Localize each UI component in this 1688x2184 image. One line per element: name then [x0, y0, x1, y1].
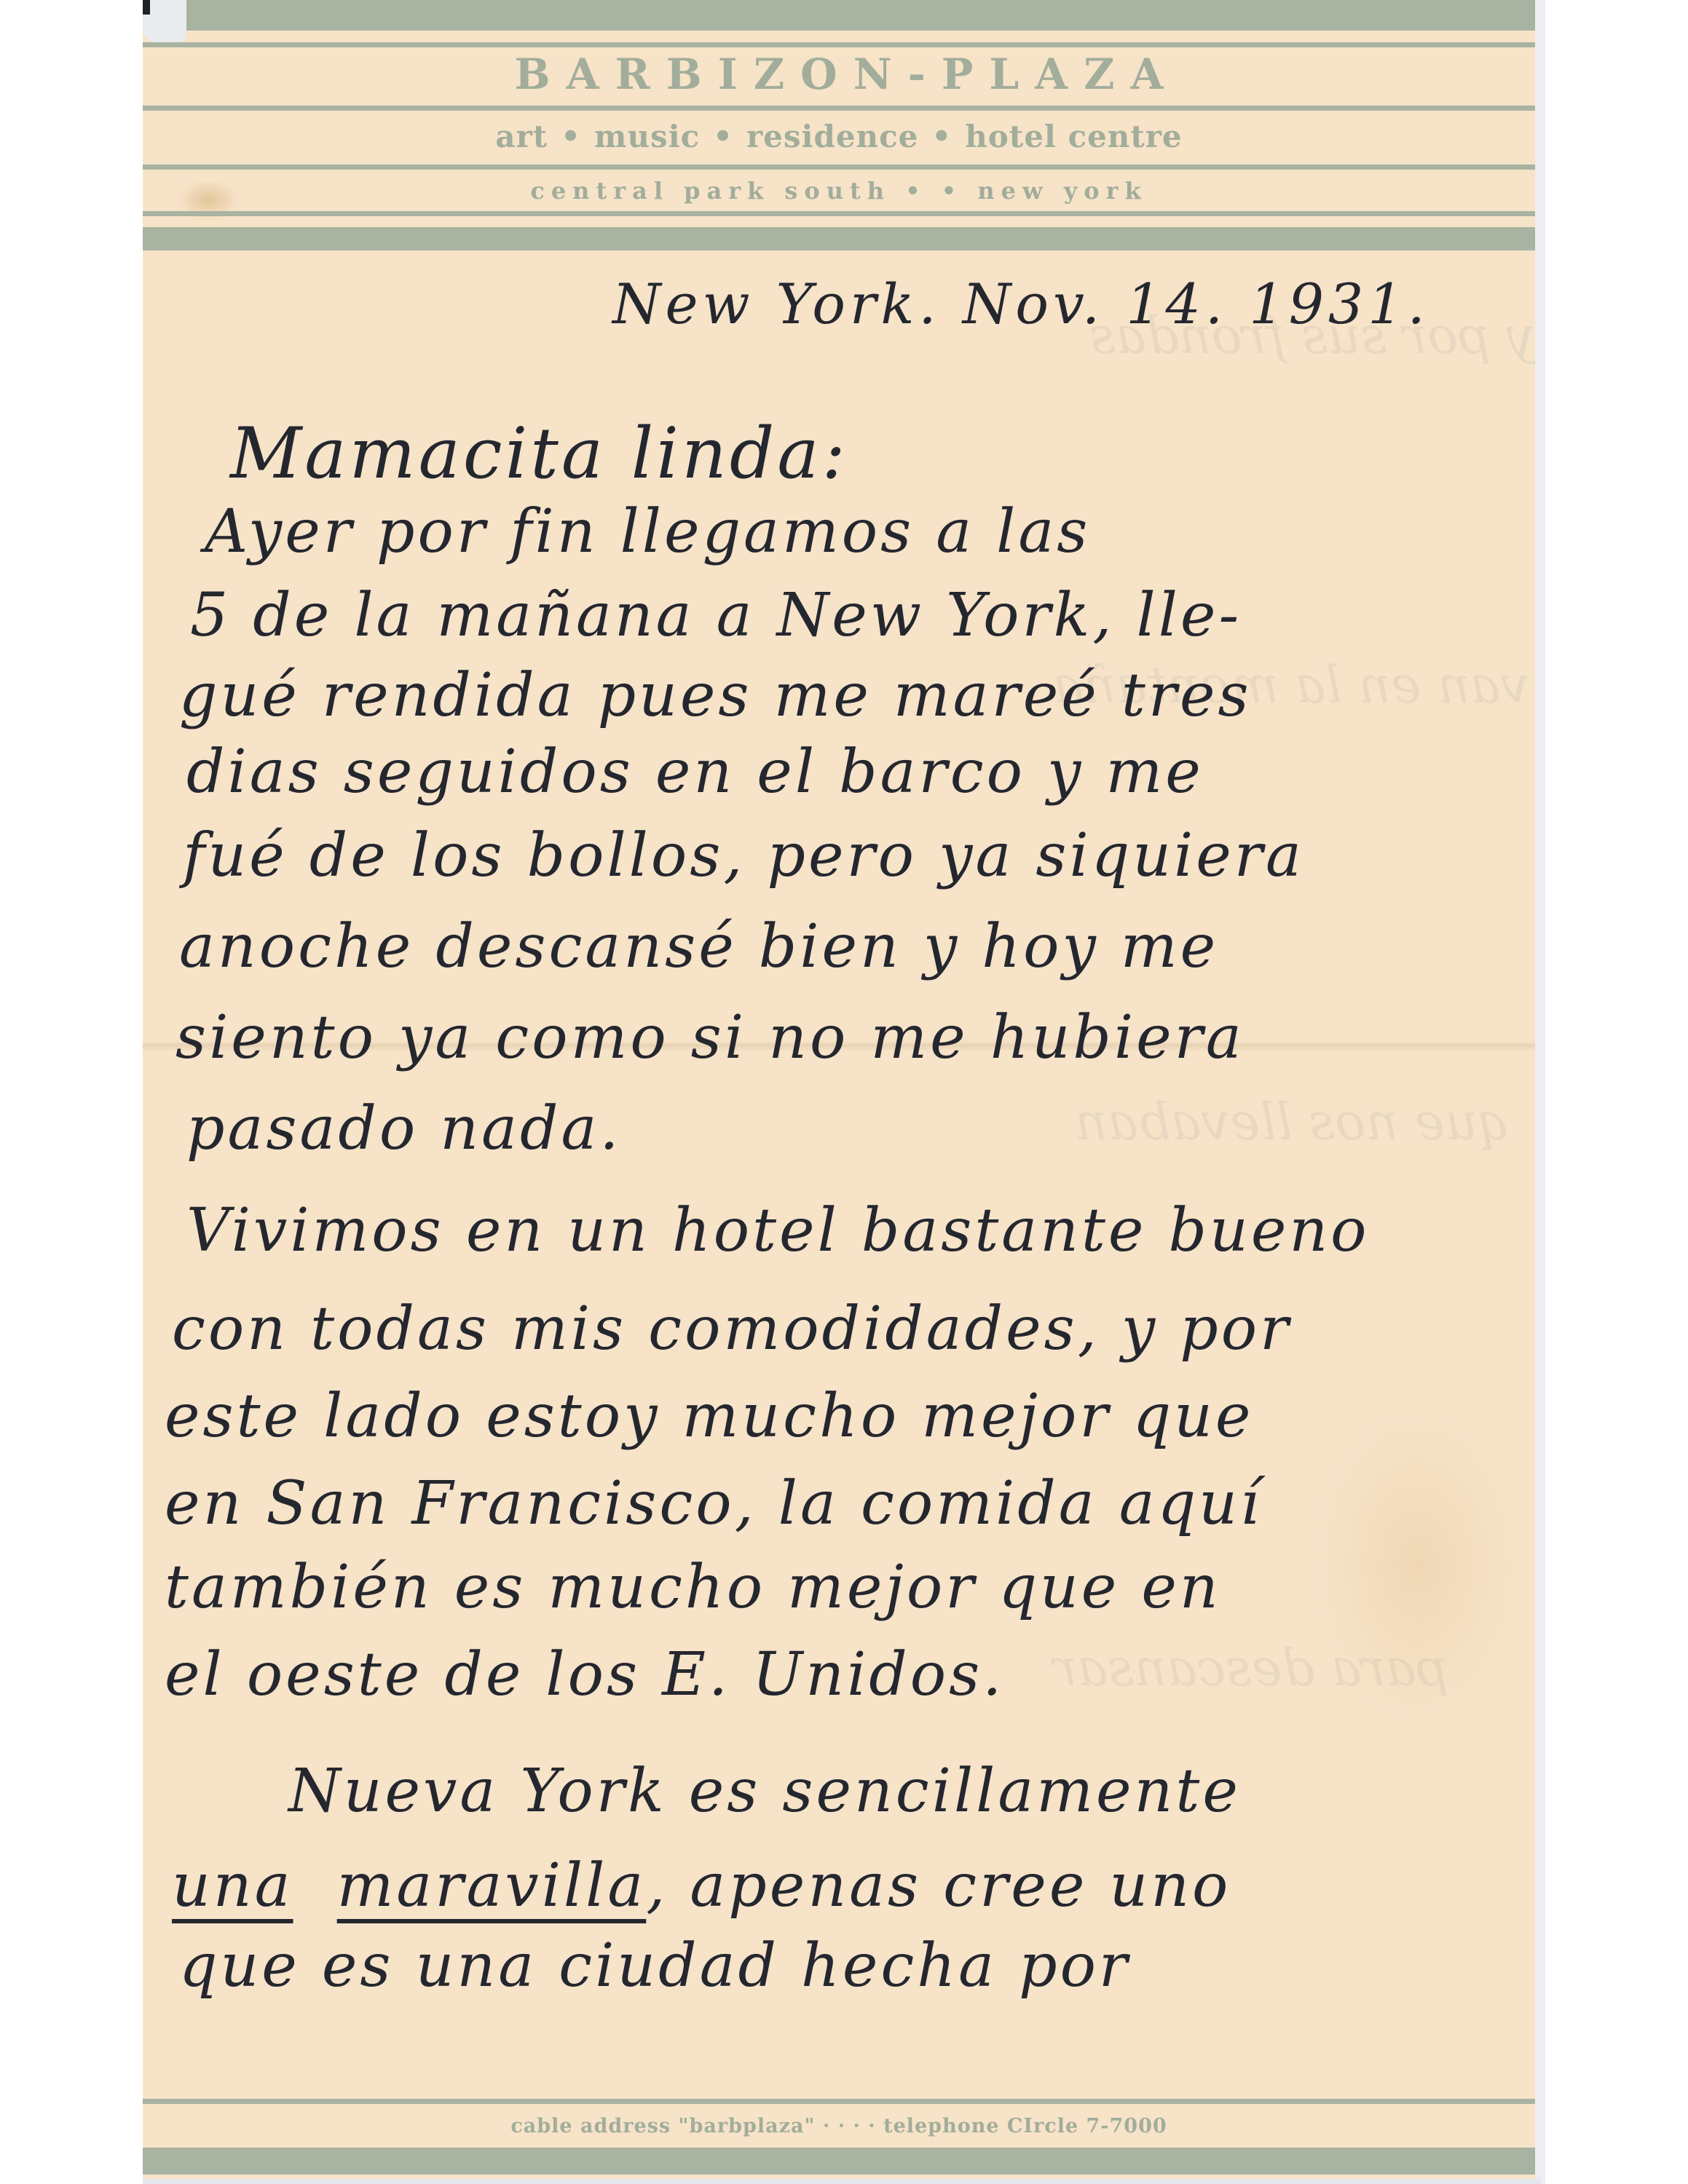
letter-line: este lado estoy mucho mejor que — [165, 1387, 1253, 1447]
letter-line: el oeste de los E. Unidos. — [165, 1645, 1004, 1705]
letterhead-top-band — [143, 0, 1535, 31]
letter-line: una maravilla, apenas cree uno — [172, 1856, 1231, 1916]
letter-line: dias seguidos en el barco y me — [186, 743, 1204, 802]
letter-line: pasado nada. — [186, 1099, 621, 1159]
place-and-date: New York. Nov. 14. 1931. — [612, 277, 1429, 332]
underlined-word: una — [172, 1851, 293, 1920]
letter-line: en San Francisco, la comida aquí — [165, 1474, 1262, 1534]
hotel-address: central park south • • new york — [143, 177, 1535, 205]
bullet-icon: • — [713, 119, 733, 154]
bullet-icon: • — [561, 119, 581, 154]
letter-line: Vivimos en un hotel bastante bueno — [186, 1201, 1370, 1261]
hotel-name: BARBIZON-PLAZA — [143, 50, 1535, 99]
hotel-tagline: art•music•residence•hotel centre — [143, 119, 1535, 154]
scan-edge — [143, 2179, 1541, 2184]
footer-band — [143, 2148, 1535, 2175]
letter-line: Nueva York es sencillamente — [288, 1762, 1241, 1821]
letter-line: fué de los bollos, pero ya siquiera — [183, 826, 1304, 886]
letter-line: que es una ciudad hecha por — [179, 1936, 1130, 1996]
letterhead-rule — [143, 42, 1535, 47]
tagline-residence: residence — [746, 119, 918, 154]
letterhead-rule — [143, 165, 1535, 170]
footer-contact: cable address "barbplaza" · · · · teleph… — [143, 2115, 1535, 2137]
scan-edge — [1535, 0, 1545, 2184]
underlined-word: maravilla — [337, 1851, 647, 1920]
letterhead-bottom-band — [143, 227, 1535, 250]
letterhead-rule — [143, 211, 1535, 216]
letter-page: BARBIZON-PLAZA art•music•residence•hotel… — [143, 0, 1535, 2179]
footer-rule — [143, 2099, 1535, 2104]
tagline-art: art — [495, 119, 548, 154]
letter-line: también es mucho mejor que en — [165, 1558, 1221, 1618]
bullet-icon: • — [931, 119, 952, 154]
bleed-through-text: para descansar — [1053, 1638, 1448, 1698]
letter-line: con todas mis comodidades, y por — [172, 1299, 1291, 1359]
tagline-hotel-centre: hotel centre — [965, 119, 1182, 154]
tagline-music: music — [594, 119, 700, 154]
scan-edge — [143, 0, 150, 15]
line-rest: , apenas cree uno — [646, 1851, 1231, 1920]
letter-line: anoche descansé bien y hoy me — [179, 917, 1218, 977]
greeting: Mamacita linda: — [230, 419, 848, 488]
letter-line: siento ya como si no me hubiera — [175, 1008, 1245, 1068]
letterhead-rule — [143, 106, 1535, 111]
bleed-through-text: que nos llevaban — [1075, 1092, 1510, 1152]
letter-line: Ayer por fin llegamos a las — [205, 502, 1090, 562]
letter-line: 5 de la mañana a New York, lle- — [190, 586, 1242, 646]
letter-line: gué rendida pues me mareé tres — [179, 666, 1252, 726]
